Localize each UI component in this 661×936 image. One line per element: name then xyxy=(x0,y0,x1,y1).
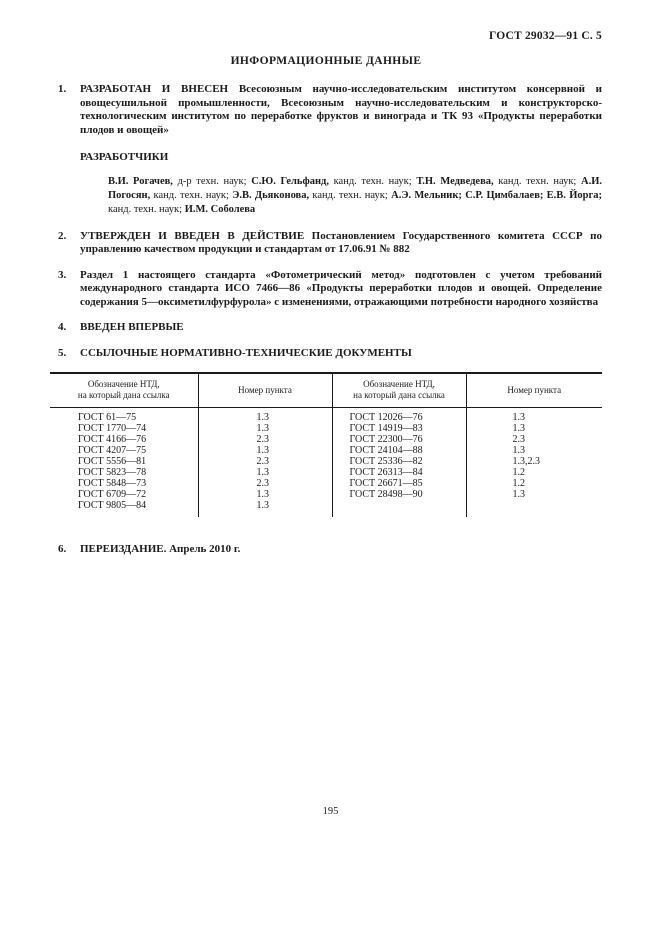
clause-number-cell: 1.3 xyxy=(466,489,602,500)
developer-text-run: канд. техн. наук; xyxy=(108,204,185,215)
developer-text-run: А.Э. Мельник; С.Р. Цимбалаев; Е.В. Йорга… xyxy=(391,190,602,201)
clause-number-cell: 1.3 xyxy=(198,408,332,424)
list-item-1: 1.РАЗРАБОТАН И ВНЕСЕН Всесоюзным научно-… xyxy=(50,83,602,137)
developer-text-run: д-р техн. наук; xyxy=(173,176,251,187)
developer-text-run: И.М. Соболева xyxy=(185,204,255,215)
ntd-designation-cell: ГОСТ 25336—82 xyxy=(332,456,466,467)
table-row: ГОСТ 4166—762.3ГОСТ 22300—762.3 xyxy=(50,434,602,445)
item-text: Раздел 1 настоящего стандарта «Фотометри… xyxy=(80,269,602,308)
clause-number-cell: 1.3 xyxy=(466,408,602,424)
ntd-designation-cell: ГОСТ 4166—76 xyxy=(50,434,198,445)
header-cell-clause-number: Номер пункта xyxy=(466,373,602,408)
table-row: ГОСТ 6709—721.3ГОСТ 28498—901.3 xyxy=(50,489,602,500)
clause-number-cell: 1.3 xyxy=(198,467,332,478)
clause-number-cell: 1.3 xyxy=(466,423,602,434)
ntd-designation-cell: ГОСТ 5823—78 xyxy=(50,467,198,478)
table-row: ГОСТ 1770—741.3ГОСТ 14919—831.3 xyxy=(50,423,602,434)
table-row: ГОСТ 61—751.3ГОСТ 12026—761.3 xyxy=(50,408,602,424)
item-number: 4. xyxy=(58,321,66,335)
list-item-6: 6.ПЕРЕИЗДАНИЕ. Апрель 2010 г. xyxy=(50,543,602,557)
header-cell-ntd-designation: Обозначение НТД, на который дана ссылка xyxy=(50,373,198,408)
table-row: ГОСТ 4207—751.3ГОСТ 24104—881.3 xyxy=(50,445,602,456)
item-text: ВВЕДЕН ВПЕРВЫЕ xyxy=(80,321,184,333)
clause-number-cell: 2.3 xyxy=(198,456,332,467)
page-number: 195 xyxy=(0,806,661,817)
developer-text-run: В.И. Рогачев, xyxy=(108,176,173,187)
table-row: ГОСТ 5556—812.3ГОСТ 25336—821.3,2.3 xyxy=(50,456,602,467)
references-table-header: Обозначение НТД, на который дана ссылка … xyxy=(50,373,602,408)
header-cell-ntd-designation: Обозначение НТД, на который дана ссылка xyxy=(332,373,466,408)
clause-number-cell: 1.3 xyxy=(198,500,332,517)
clause-number-cell: 1.3 xyxy=(198,423,332,434)
ntd-designation-cell: ГОСТ 26671—85 xyxy=(332,478,466,489)
list-item-4: 4.ВВЕДЕН ВПЕРВЫЕ xyxy=(50,321,602,335)
developer-text-run: канд. техн. наук; xyxy=(329,176,416,187)
clause-number-cell: 1.3 xyxy=(198,489,332,500)
item-text: УТВЕРЖДЕН И ВВЕДЕН В ДЕЙСТВИЕ Постановле… xyxy=(80,230,602,256)
ntd-designation-cell: ГОСТ 14919—83 xyxy=(332,423,466,434)
item-text: РАЗРАБОТАН И ВНЕСЕН Всесоюзным научно-ис… xyxy=(80,83,602,136)
item-text: ССЫЛОЧНЫЕ НОРМАТИВНО-ТЕХНИЧЕСКИЕ ДОКУМЕН… xyxy=(80,347,412,359)
ntd-designation-cell xyxy=(332,500,466,517)
clause-number-cell: 1.2 xyxy=(466,478,602,489)
running-header: ГОСТ 29032—91 С. 5 xyxy=(50,30,602,42)
ntd-designation-cell: ГОСТ 9805—84 xyxy=(50,500,198,517)
ntd-designation-cell: ГОСТ 22300—76 xyxy=(332,434,466,445)
document-body: 1.РАЗРАБОТАН И ВНЕСЕН Всесоюзным научно-… xyxy=(50,83,602,569)
clause-number-cell: 2.3 xyxy=(466,434,602,445)
developer-text-run: канд. техн. наук; xyxy=(309,190,391,201)
ntd-designation-cell: ГОСТ 5848—73 xyxy=(50,478,198,489)
clause-number-cell: 1.2 xyxy=(466,467,602,478)
clause-number-cell: 1.3 xyxy=(198,445,332,456)
document-page: ГОСТ 29032—91 С. 5 ИНФОРМАЦИОННЫЕ ДАННЫЕ… xyxy=(0,0,661,936)
ntd-designation-cell: ГОСТ 6709—72 xyxy=(50,489,198,500)
table-row: ГОСТ 5823—781.3ГОСТ 26313—841.2 xyxy=(50,467,602,478)
clause-number-cell: 1.3 xyxy=(466,445,602,456)
clause-number-cell: 1.3,2.3 xyxy=(466,456,602,467)
ntd-designation-cell: ГОСТ 24104—88 xyxy=(332,445,466,456)
page-title: ИНФОРМАЦИОННЫЕ ДАННЫЕ xyxy=(50,55,602,67)
ntd-designation-cell: ГОСТ 28498—90 xyxy=(332,489,466,500)
clause-number-cell xyxy=(466,500,602,517)
references-table-body: ГОСТ 61—751.3ГОСТ 12026—761.3ГОСТ 1770—7… xyxy=(50,408,602,518)
ntd-designation-cell: ГОСТ 5556—81 xyxy=(50,456,198,467)
ntd-designation-cell: ГОСТ 26313—84 xyxy=(332,467,466,478)
ntd-designation-cell: ГОСТ 4207—75 xyxy=(50,445,198,456)
item-number: 6. xyxy=(58,543,66,557)
developer-text-run: канд. техн. наук; xyxy=(494,176,581,187)
table-header-row: Обозначение НТД, на который дана ссылка … xyxy=(50,373,602,408)
ntd-designation-cell: ГОСТ 12026—76 xyxy=(332,408,466,424)
list-item-3: 3.Раздел 1 настоящего стандарта «Фотомет… xyxy=(50,269,602,310)
header-cell-clause-number: Номер пункта xyxy=(198,373,332,408)
item-text: ПЕРЕИЗДАНИЕ. Апрель 2010 г. xyxy=(80,543,240,555)
item-number: 1. xyxy=(58,83,66,97)
developer-text-run: Э.В. Дьяконова, xyxy=(232,190,309,201)
developer-text-run: С.Ю. Гельфанд, xyxy=(251,176,329,187)
list-item-5: 5.ССЫЛОЧНЫЕ НОРМАТИВНО-ТЕХНИЧЕСКИЕ ДОКУМ… xyxy=(50,347,602,361)
developers-paragraph: В.И. Рогачев, д-р техн. наук; С.Ю. Гельф… xyxy=(108,175,602,217)
item-number: 2. xyxy=(58,230,66,244)
clause-number-cell: 2.3 xyxy=(198,478,332,489)
table-row: ГОСТ 5848—732.3ГОСТ 26671—851.2 xyxy=(50,478,602,489)
clause-number-cell: 2.3 xyxy=(198,434,332,445)
table-row: ГОСТ 9805—841.3 xyxy=(50,500,602,517)
ntd-designation-cell: ГОСТ 61—75 xyxy=(50,408,198,424)
list-item-2: 2.УТВЕРЖДЕН И ВВЕДЕН В ДЕЙСТВИЕ Постанов… xyxy=(50,230,602,257)
item-number: 3. xyxy=(58,269,66,283)
references-table: Обозначение НТД, на который дана ссылка … xyxy=(50,372,602,517)
ntd-designation-cell: ГОСТ 1770—74 xyxy=(50,423,198,434)
developer-text-run: Т.Н. Медведева, xyxy=(416,176,493,187)
item-number: 5. xyxy=(58,347,66,361)
developer-text-run: канд. техн. наук; xyxy=(150,190,232,201)
developers-heading: РАЗРАБОТЧИКИ xyxy=(50,151,602,165)
